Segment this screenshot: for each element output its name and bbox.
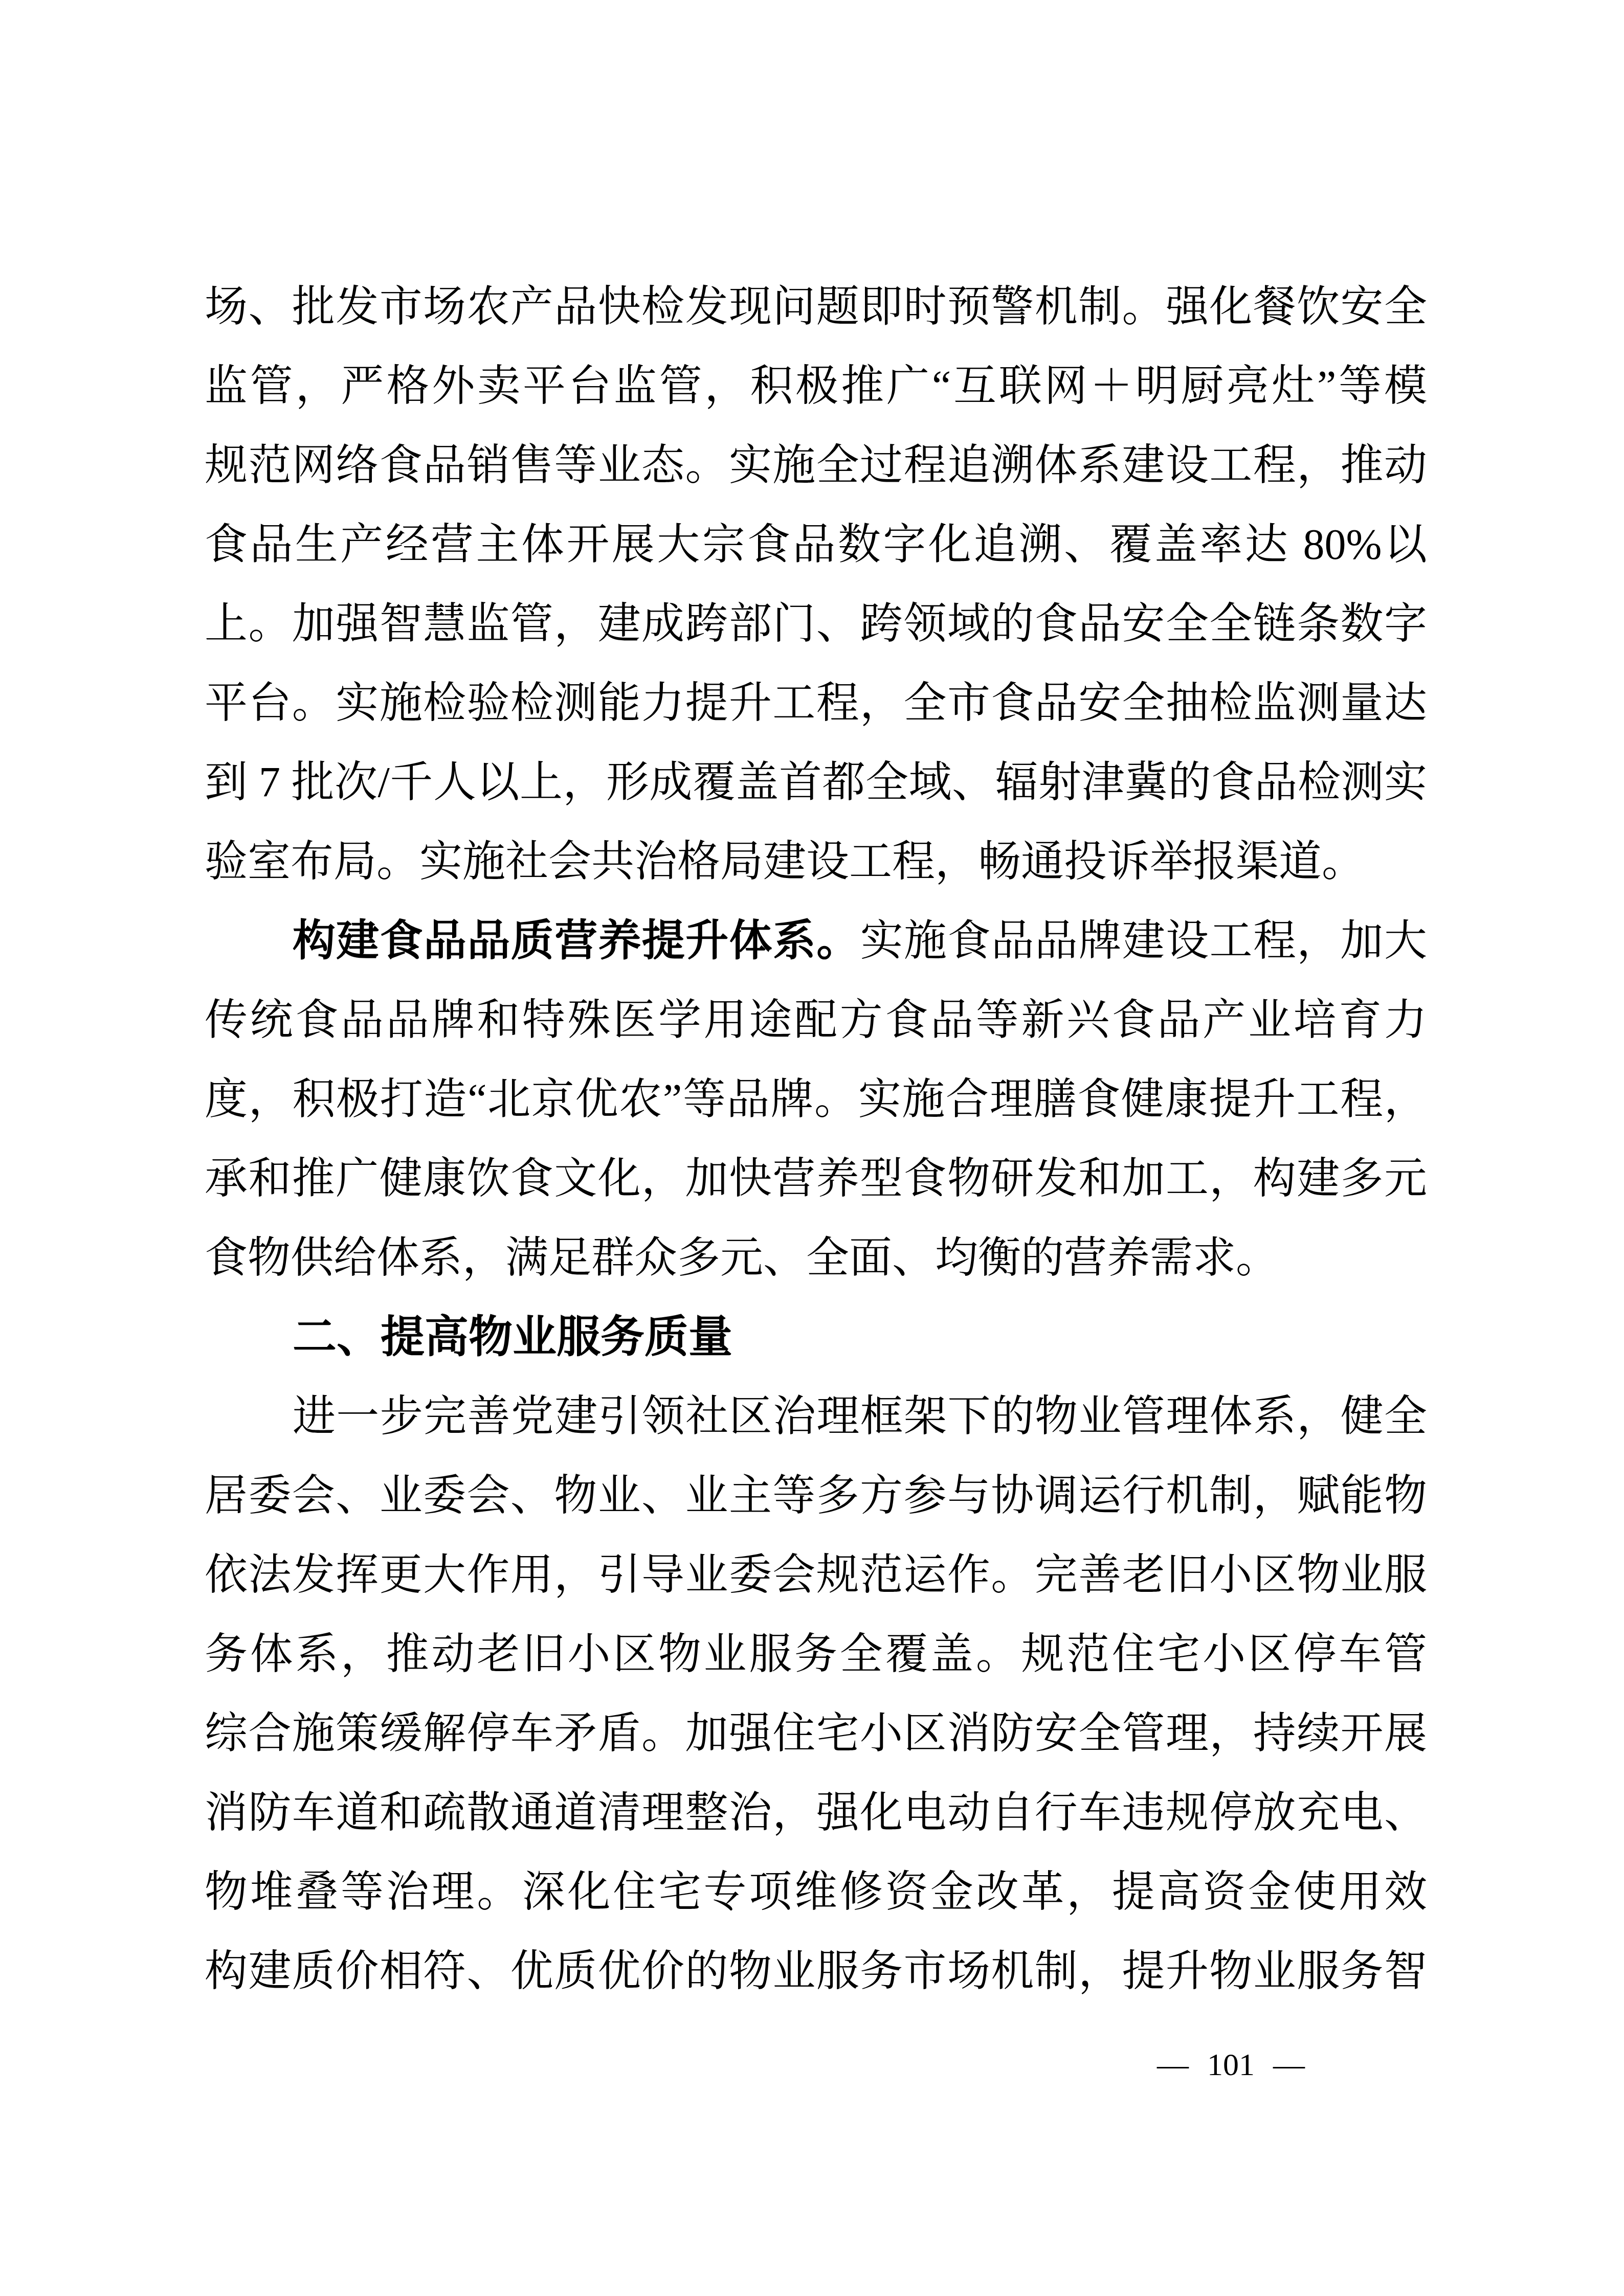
text-line: 食品生产经营主体开展大宗食品数字化追溯、覆盖率达 80%以 — [205, 505, 1427, 584]
footer-dash-left: — — [1157, 2044, 1189, 2085]
page-body-text: 场、批发市场农产品快检发现问题即时预警机制。强化餐饮安全监管，严格外卖平台监管，… — [205, 267, 1427, 2011]
text-line: 综合施策缓解停车矛盾。加强住宅小区消防安全管理，持续开展 — [205, 1694, 1427, 1773]
section-heading: 二、提高物业服务质量 — [205, 1298, 1427, 1377]
text-line: 务体系，推动老旧小区物业服务全覆盖。规范住宅小区停车管理， — [205, 1615, 1427, 1694]
text-line: 规范网络食品销售等业态。实施全过程追溯体系建设工程，推动 — [205, 426, 1427, 505]
text-line: 构建质价相符、优质优价的物业服务市场机制，提升物业服务智慧 — [205, 1932, 1427, 2011]
page-number: 101 — [1207, 2044, 1255, 2085]
text-line: 传统食品品牌和特殊医学用途配方食品等新兴食品产业培育力 — [205, 981, 1427, 1060]
text-line: 物堆叠等治理。深化住宅专项维修资金改革，提高资金使用效率。 — [205, 1853, 1427, 1932]
text-line: 构建食品品质营养提升体系。实施食品品牌建设工程，加大 — [205, 902, 1427, 981]
text-line: 平台。实施检验检测能力提升工程，全市食品安全抽检监测量达 — [205, 664, 1427, 743]
text-line: 食物供给体系，满足群众多元、全面、均衡的营养需求。 — [205, 1219, 1427, 1298]
text-line: 进一步完善党建引领社区治理框架下的物业管理体系，健全 — [205, 1377, 1427, 1456]
bold-text-run: 构建食品品质营养提升体系。 — [293, 917, 860, 965]
text-line: 到 7 批次/千人以上，形成覆盖首都全域、辐射津冀的食品检测实 — [205, 743, 1427, 822]
text-line: 消防车道和疏散通道清理整治，强化电动自行车违规停放充电、杂 — [205, 1773, 1427, 1853]
text-line: 场、批发市场农产品快检发现问题即时预警机制。强化餐饮安全 — [205, 267, 1427, 347]
page-footer: — 101 — — [1157, 2044, 1305, 2085]
text-line: 居委会、业委会、物业、业主等多方参与协调运行机制，赋能物管会 — [205, 1456, 1427, 1536]
text-line: 监管，严格外卖平台监管，积极推广“互联网＋明厨亮灶”等模式， — [205, 347, 1427, 426]
document-page: 场、批发市场农产品快检发现问题即时预警机制。强化餐饮安全监管，严格外卖平台监管，… — [0, 0, 1624, 2296]
text-line: 验室布局。实施社会共治格局建设工程，畅通投诉举报渠道。 — [205, 822, 1427, 902]
text-line: 承和推广健康饮食文化，加快营养型食物研发和加工，构建多元化 — [205, 1139, 1427, 1219]
text-run: 实施食品品牌建设工程，加大 — [860, 917, 1427, 965]
text-line: 依法发挥更大作用，引导业委会规范运作。完善老旧小区物业服 — [205, 1536, 1427, 1615]
text-line: 度，积极打造“北京优农”等品牌。实施合理膳食健康提升工程，传 — [205, 1060, 1427, 1139]
footer-dash-right: — — [1273, 2044, 1305, 2085]
text-line: 上。加强智慧监管，建成跨部门、跨领域的食品安全全链条数字化 — [205, 584, 1427, 664]
